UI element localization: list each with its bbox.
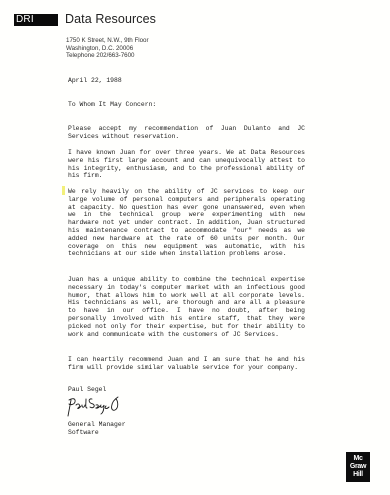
signer-name: Paul Segel <box>68 386 305 394</box>
highlighter-mark <box>62 186 65 195</box>
company-address: 1750 K Street, N.W., 9th Floor Washingto… <box>66 37 149 60</box>
handwritten-signature <box>66 396 128 418</box>
letterhead: DRI Data Resources 1750 K Street, N.W., … <box>0 0 390 60</box>
paragraph-2: I have known Juan for over three years. … <box>68 149 305 180</box>
logo-line-graw: Graw <box>346 463 370 471</box>
paragraph-3: We rely heavily on the ability of JC ser… <box>68 188 305 258</box>
signer-title: General Manager <box>68 421 305 429</box>
address-city: Washington, D.C. 20006 <box>66 45 149 53</box>
paragraph-4: Juan has a unique ability to combine the… <box>68 276 305 338</box>
address-street: 1750 K Street, N.W., 9th Floor <box>66 37 149 45</box>
letter-salutation: To Whom It May Concern: <box>68 101 305 109</box>
paragraph-1: Please accept my recommendation of Juan … <box>68 125 305 141</box>
company-name: Data Resources <box>65 12 156 26</box>
logo-line-mc: Mc <box>346 455 370 463</box>
address-telephone: Telephone 202/663-7600 <box>66 52 149 60</box>
logo-line-hill: Hill <box>346 471 370 479</box>
letter-date: April 22, 1988 <box>68 77 305 85</box>
mcgraw-hill-logo: Mc Graw Hill <box>346 452 370 482</box>
dri-logo: DRI <box>14 14 58 26</box>
signer-department: Software <box>68 429 305 437</box>
paragraph-5: I can heartily recommend Juan and I am s… <box>68 356 305 372</box>
